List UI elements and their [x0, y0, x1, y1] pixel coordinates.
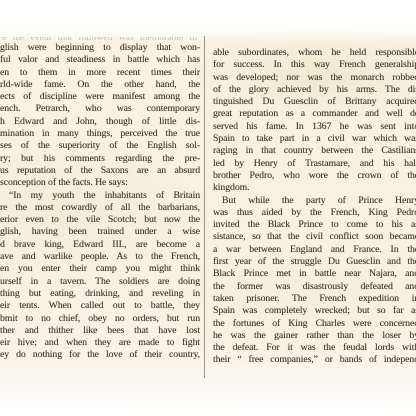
text-line: eir tents. When called out to battle, th…: [0, 300, 200, 312]
text-line: h Edward and John, though of little dis-: [0, 116, 200, 128]
scanned-book-page: e the event that followed was memorable …: [0, 0, 416, 416]
text-line: for success. In this way French generals…: [213, 59, 416, 71]
text-line: d brave king, Edward III., are become a: [0, 239, 200, 251]
text-line: “In my youth the inhabitants of Britain: [0, 190, 200, 202]
text-line: brother Pedro, who wore the crown of the: [213, 170, 416, 182]
text-line: he was the gainer rather than the loser …: [213, 330, 416, 342]
text-line: was developed; nor was the monarch robbe…: [213, 72, 416, 84]
text-line: raging in that country between the Casti…: [213, 145, 416, 157]
text-line: eir hive; and when they are made to figh…: [0, 337, 200, 349]
text-line: ther and thither like bees that have los…: [0, 325, 200, 337]
right-text-column: able subordinates, whom he held responsi…: [213, 47, 416, 367]
text-line: invited the Black Prince to come to his …: [213, 219, 416, 231]
text-line: served his fame. In 1367 he was sent int…: [213, 121, 416, 133]
text-line: en to them in more recent times their: [0, 67, 200, 79]
text-line: was thus aided by the French, King Pedro: [213, 207, 416, 219]
text-line: great reputation as a commander and well…: [213, 108, 416, 120]
text-line: glish, having been trained under a wise: [0, 226, 200, 238]
text-line: sistance, so that the civil conflict soo…: [213, 231, 416, 243]
text-line: ful valor and steadiness in battle which…: [0, 54, 200, 66]
text-line: of the glory achieved by his arms. The d…: [213, 84, 416, 96]
text-line: thing but eating, drinking, and reveling…: [0, 288, 200, 300]
left-text-column: glish were beginning to display that won…: [0, 42, 200, 362]
text-line: able subordinates, whom he held responsi…: [213, 47, 416, 59]
text-line: bmit to no chief, obey no orders, but ru…: [0, 313, 200, 325]
text-line: a war between England and France. In the: [213, 244, 416, 256]
text-line: the defeat. For it was the feudal lords …: [213, 342, 416, 354]
text-line: glish were beginning to display that won…: [0, 42, 200, 54]
text-line: tinguished Du Guesclin of Brittany acqui…: [213, 96, 416, 108]
book-page-paper: e the event that followed was memorable …: [0, 0, 416, 416]
column-divider-rule: [204, 36, 205, 378]
text-line: us reputation of the Saxons are an absur…: [0, 165, 200, 177]
text-line: sconception of the facts. He says:: [0, 177, 200, 189]
text-line: taken prisoner. The French expedition in: [213, 293, 416, 305]
text-line: first year of the struggle Du Guesclin a…: [213, 256, 416, 268]
text-line: mination in many things, perceived the t…: [0, 128, 200, 140]
text-line: ench. Petrarch, who was contemporary: [0, 103, 200, 115]
text-line: Black Prince met in battle near Najara, …: [213, 268, 416, 280]
text-line: ects of discipline were manifest among t…: [0, 91, 200, 103]
text-line: ry; but his comments regarding the pre-: [0, 153, 200, 165]
text-line: ave and warlike people. As to the French…: [0, 251, 200, 263]
text-line: en you enter their camp you might think: [0, 263, 200, 275]
text-line: rld-wide fame. On the other hand, the: [0, 79, 200, 91]
text-line: But while the party of Prince Henry: [213, 195, 416, 207]
text-line: Spain to take part in a civil war which …: [213, 133, 416, 145]
text-line: re the most cowardly of all the barbaria…: [0, 202, 200, 214]
text-line: kingdom.: [213, 182, 416, 194]
text-line: ey do nothing for the love of their coun…: [0, 349, 200, 361]
text-line: urself in a tavern. The soldiers are doi…: [0, 276, 200, 288]
text-line: the fortunes of King Charles were concer…: [213, 318, 416, 330]
text-line: Spain was completely wrecked; but so far…: [213, 305, 416, 317]
text-line: erior even to the vile Scotch; but now t…: [0, 214, 200, 226]
text-line: ses of the superiority of the English so…: [0, 140, 200, 152]
text-line: their “ free companies,” or bands of ind…: [213, 354, 416, 366]
text-line: led by Henry of Trastamare, and his half: [213, 158, 416, 170]
text-line: the former was disastrously defeated and: [213, 281, 416, 293]
